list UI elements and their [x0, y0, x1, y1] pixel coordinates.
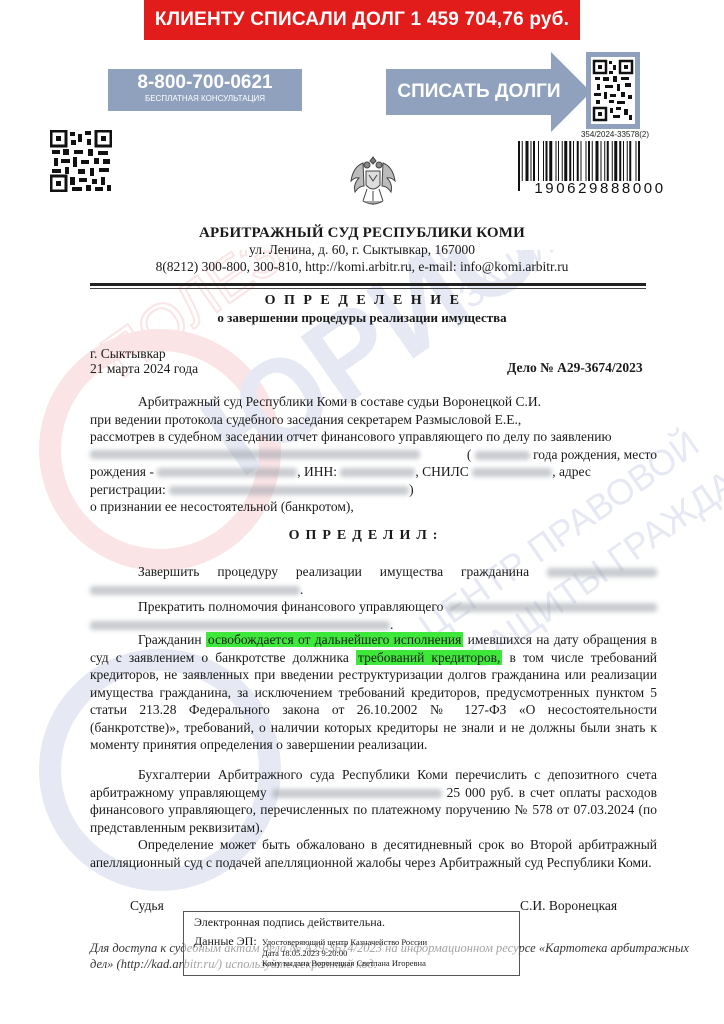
- signature-owner: Кому выдана Воронецкая Светлана Игоревна: [262, 958, 426, 968]
- signature-valid: Электронная подпись действительна.: [194, 915, 385, 930]
- header-divider: [90, 283, 646, 286]
- paragraph-payment: Бухгалтерии Арбитражного суда Республики…: [90, 766, 657, 836]
- signature-date: Дата 18.05.2023 9:20:00: [262, 948, 347, 958]
- header-divider-thin: [90, 288, 646, 289]
- redacted-birthplace: [157, 468, 297, 477]
- redacted-manager-name: [272, 789, 442, 798]
- judge-name: С.И. Воронецкая: [520, 898, 617, 914]
- signature-issuer: Удостоверяющий центр Казначейство России: [262, 937, 427, 947]
- highlight-released: освобождается от дальнейшего исполнения: [206, 632, 463, 647]
- intro-paragraph: Арбитражный суд Республики Коми в состав…: [90, 393, 657, 516]
- promo-qr-code[interactable]: [586, 52, 640, 129]
- redacted-name: [90, 621, 390, 630]
- redacted-inn: [340, 468, 415, 477]
- document-date: 21 марта 2024 года: [90, 360, 198, 378]
- redacted-name: [90, 450, 420, 459]
- write-off-debts-label: СПИСАТЬ ДОЛГИ: [386, 52, 568, 132]
- redacted-name: [547, 568, 657, 577]
- document-title: ОПРЕДЕЛЕНИЕ: [0, 293, 724, 309]
- intro-line: рассмотрев в судебном заседании отчет фи…: [90, 428, 657, 446]
- document-subtitle: о завершении процедуры реализации имущес…: [0, 310, 724, 326]
- phone-subtitle: БЕСПЛАТНАЯ КОНСУЛЬТАЦИЯ: [108, 94, 302, 104]
- decided-heading: ОПРЕДЕЛИЛ:: [0, 528, 724, 544]
- write-off-debts-button[interactable]: СПИСАТЬ ДОЛГИ: [386, 52, 596, 132]
- electronic-signature-stamp: Электронная подпись действительна. Данны…: [183, 911, 520, 976]
- redacted-name: [90, 586, 300, 595]
- intro-line: при ведении протокола судебного заседани…: [90, 411, 657, 429]
- court-contacts: 8(8212) 300-800, 300-810, http://komi.ar…: [0, 259, 724, 275]
- phone-button[interactable]: 8-800-700-0621 БЕСПЛАТНАЯ КОНСУЛЬТАЦИЯ: [108, 69, 302, 111]
- qr-code-icon: [591, 57, 635, 124]
- case-number: Дело № А29-3674/2023: [507, 360, 643, 376]
- coat-of-arms-icon: [349, 153, 397, 211]
- redacted-birthdate: [475, 451, 530, 460]
- intro-line: Арбитражный суд Республики Коми в состав…: [90, 393, 657, 411]
- paragraph-debt-release: Гражданин освобождается от дальнейшего и…: [90, 631, 657, 754]
- court-address: ул. Ленина, д. 60, г. Сыктывкар, 167000: [0, 242, 724, 258]
- paragraph-complete-procedure: Завершить процедуру реализации имущества…: [90, 563, 657, 598]
- paragraph-terminate-powers: Прекратить полномочия финансового управл…: [90, 598, 657, 633]
- highlight-creditor-claims: требований кредиторов,: [356, 650, 502, 665]
- paragraph-appeal: Определение может быть обжаловано в деся…: [90, 836, 657, 871]
- intro-line: о признании ее несостоятельной (банкрото…: [90, 498, 657, 516]
- barcode-label: 354/2024-33578(2): [550, 130, 680, 139]
- intro-line: рождения - , ИНН: , СНИЛС , адрес: [90, 463, 657, 481]
- barcode-digits: 190629888000: [520, 181, 680, 197]
- intro-line: регистрации: ): [90, 481, 657, 499]
- signature-label: Данные ЭП:: [194, 934, 257, 949]
- intro-line: ( года рождения, место: [90, 446, 657, 464]
- phone-number: 8-800-700-0621: [108, 72, 302, 94]
- document-qr-code: [50, 130, 112, 192]
- judge-label: Судья: [130, 898, 164, 914]
- redacted-address: [169, 486, 409, 495]
- promo-banner: КЛИЕНТУ СПИСАЛИ ДОЛГ 1 459 704,76 руб.: [144, 0, 580, 40]
- redacted-snils: [472, 468, 552, 477]
- redacted-name: [447, 603, 657, 612]
- court-name: АРБИТРАЖНЫЙ СУД РЕСПУБЛИКИ КОМИ: [0, 225, 724, 242]
